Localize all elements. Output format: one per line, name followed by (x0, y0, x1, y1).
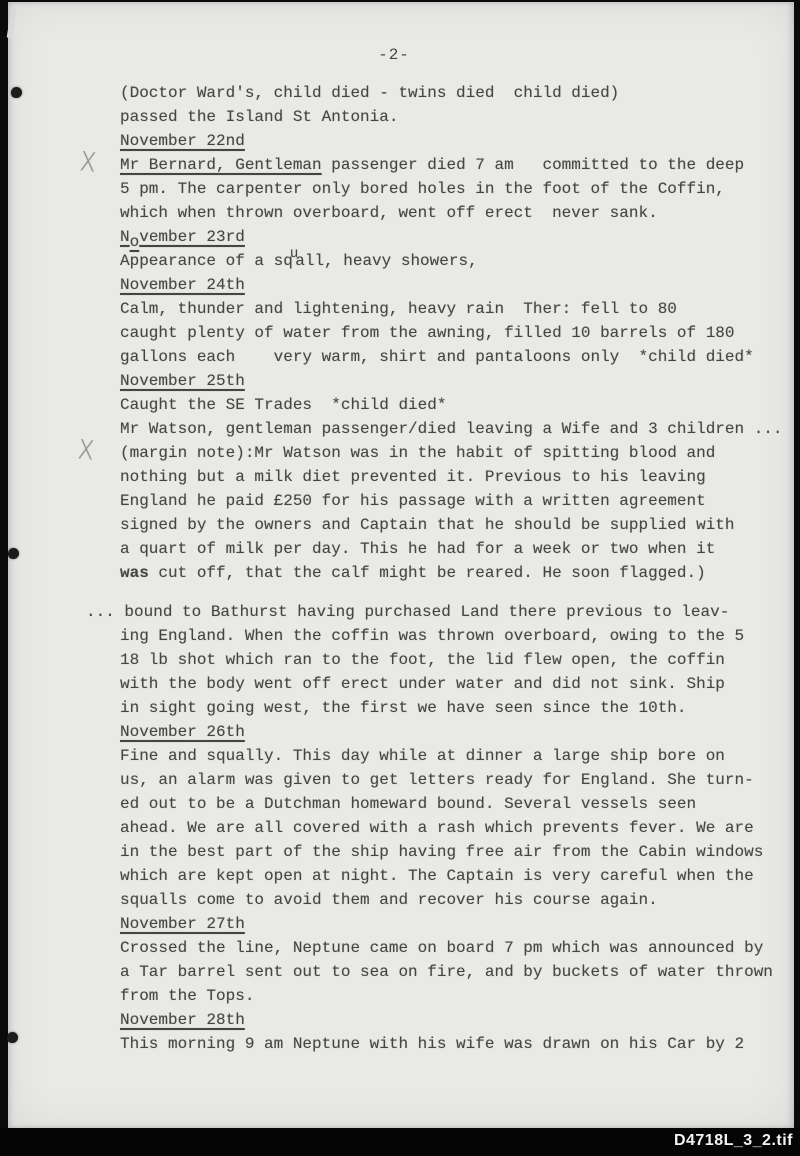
text-line: Caught the SE Trades *child died* (120, 393, 783, 417)
text-line: Crossed the line, Neptune came on board … (120, 936, 783, 960)
text-line: Mr Bernard, Gentleman passenger died 7 a… (120, 153, 783, 177)
text-line: November 24th (120, 273, 783, 297)
text-line: nothing but a milk diet prevented it. Pr… (120, 465, 783, 489)
text-line: November 22nd (120, 129, 783, 153)
text-line: a quart of milk per day. This he had for… (120, 537, 783, 561)
text-line: signed by the owners and Captain that he… (120, 513, 783, 537)
text-line: in sight going west, the first we have s… (120, 696, 783, 720)
margin-dot-mark (7, 1032, 18, 1043)
text-line: November 23rd (120, 225, 783, 249)
text-line: ing England. When the coffin was thrown … (120, 624, 783, 648)
text-line: a Tar barrel sent out to sea on fire, an… (120, 960, 783, 984)
text-line: Calm, thunder and lightening, heavy rain… (120, 297, 783, 321)
document-page: -2- (Doctor Ward's, child died - twins d… (8, 2, 794, 1128)
text-line: gallons each very warm, shirt and pantal… (120, 345, 783, 369)
text-line: November 26th (120, 720, 783, 744)
text-line: which are kept open at night. The Captai… (120, 864, 783, 888)
text-line: with the body went off erect under water… (120, 672, 783, 696)
text-line: ed out to be a Dutchman homeward bound. … (120, 792, 783, 816)
text-line: Fine and squally. This day while at dinn… (120, 744, 783, 768)
text-line: November 27th (120, 912, 783, 936)
text-line: was cut off, that the calf might be rear… (120, 561, 783, 585)
filename-bar: D4718L_3_2.tif (0, 1128, 800, 1156)
margin-dot-mark (11, 87, 22, 98)
text-line: squalls come to avoid them and recover h… (120, 888, 783, 912)
text-line: (margin note):Mr Watson was in the habit… (120, 441, 783, 465)
text-line: (Doctor Ward's, child died - twins died … (120, 81, 783, 105)
text-line: This morning 9 am Neptune with his wife … (120, 1032, 783, 1056)
text-line: Mr Watson, gentleman passenger/died leav… (120, 417, 783, 441)
typewritten-text: (Doctor Ward's, child died - twins died … (120, 81, 783, 1056)
text-line: which when thrown overboard, went off er… (120, 201, 783, 225)
text-line: November 25th (120, 369, 783, 393)
text-line: in the best part of the ship having free… (120, 840, 783, 864)
margin-x-mark: X (78, 147, 97, 178)
text-line: 5 pm. The carpenter only bored holes in … (120, 177, 783, 201)
page-number: -2- (8, 46, 780, 64)
scan-viewport: -2- (Doctor Ward's, child died - twins d… (0, 0, 800, 1156)
text-line: passed the Island St Antonia. (120, 105, 783, 129)
text-line: England he paid £250 for his passage wit… (120, 489, 783, 513)
text-line: caught plenty of water from the awning, … (120, 321, 783, 345)
margin-dot-mark (8, 548, 19, 559)
text-line: November 28th (120, 1008, 783, 1032)
text-line: us, an alarm was given to get letters re… (120, 768, 783, 792)
text-line: ... bound to Bathurst having purchased L… (120, 600, 783, 624)
text-line: ahead. We are all covered with a rash wh… (120, 816, 783, 840)
text-line: 18 lb shot which ran to the foot, the li… (120, 648, 783, 672)
text-line: Appearance of a squall, heavy showers, (120, 249, 783, 273)
filename-label: D4718L_3_2.tif (674, 1132, 793, 1150)
margin-x-mark: X (76, 435, 95, 466)
scan-notch (7, 8, 17, 38)
text-line: from the Tops. (120, 984, 783, 1008)
